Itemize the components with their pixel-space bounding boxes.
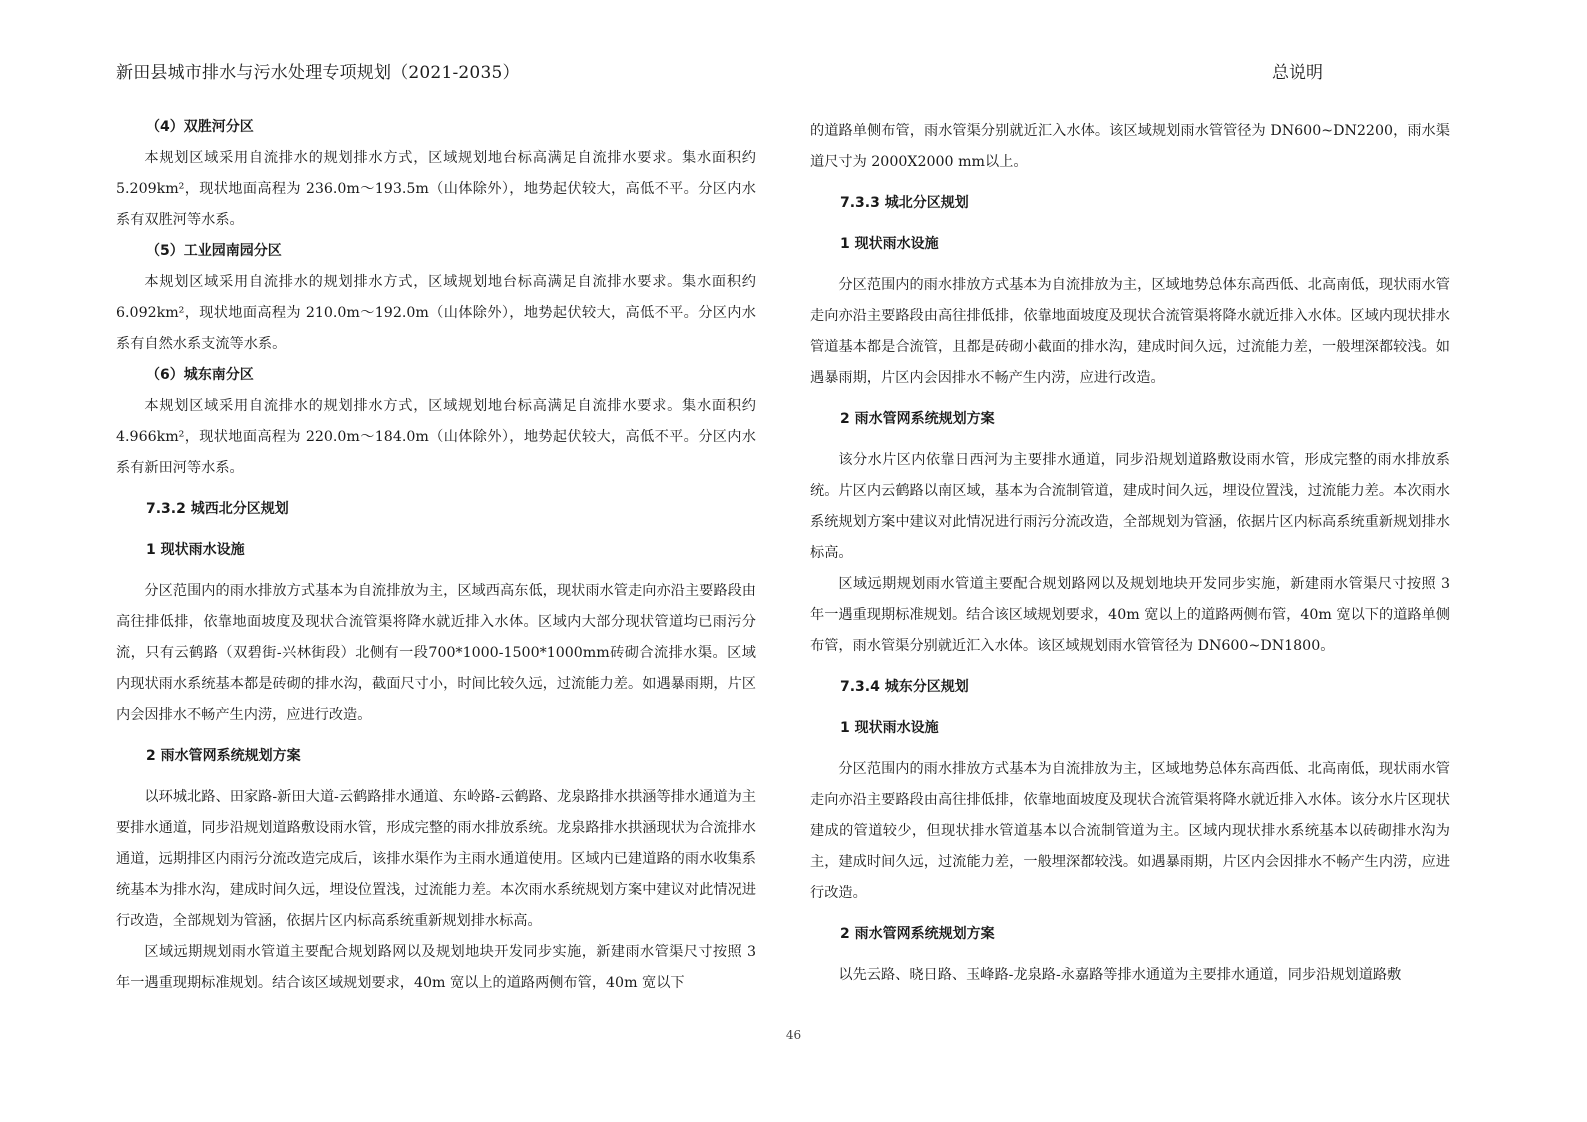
zone4-heading: （4）双胜河分区 — [116, 112, 756, 143]
section-732-paragraph-3: 区域远期规划雨水管道主要配合规划路网以及规划地块开发同步实施，新建雨水管渠尺寸按… — [116, 937, 756, 999]
section-732-heading: 7.3.2 城西北分区规划 — [116, 494, 756, 525]
section-732-sub1-heading: 1 现状雨水设施 — [116, 535, 756, 566]
zone5-heading: （5）工业园南园分区 — [116, 236, 756, 267]
document-title: 新田县城市排水与污水处理专项规划（2021-2035） — [116, 58, 520, 83]
zone4-paragraph: 本规划区域采用自流排水的规划排水方式，区域规划地台标高满足自流排水要求。集水面积… — [116, 143, 756, 236]
section-733-sub2-heading: 2 雨水管网系统规划方案 — [810, 404, 1450, 435]
page-number: 46 — [0, 1028, 1587, 1042]
zone6-heading: （6）城东南分区 — [116, 360, 756, 391]
section-732-paragraph-1: 分区范围内的雨水排放方式基本为自流排放为主，区域西高东低，现状雨水管走向亦沿主要… — [116, 576, 756, 731]
section-733-paragraph-2: 该分水片区内依靠日西河为主要排水通道，同步沿规划道路敷设雨水管，形成完整的雨水排… — [810, 445, 1450, 569]
section-734-sub2-heading: 2 雨水管网系统规划方案 — [810, 919, 1450, 950]
section-734-heading: 7.3.4 城东分区规划 — [810, 672, 1450, 703]
zone6-paragraph: 本规划区域采用自流排水的规划排水方式，区域规划地台标高满足自流排水要求。集水面积… — [116, 391, 756, 484]
section-733-sub1-heading: 1 现状雨水设施 — [810, 229, 1450, 260]
section-734-sub1-heading: 1 现状雨水设施 — [810, 713, 1450, 744]
left-column: （4）双胜河分区 本规划区域采用自流排水的规划排水方式，区域规划地台标高满足自流… — [116, 112, 756, 999]
section-733-paragraph-3: 区域远期规划雨水管道主要配合规划路网以及规划地块开发同步实施，新建雨水管渠尺寸按… — [810, 569, 1450, 662]
section-733-paragraph-1: 分区范围内的雨水排放方式基本为自流排放为主，区域地势总体东高西低、北高南低，现状… — [810, 270, 1450, 394]
right-column: 的道路单侧布管，雨水管渠分别就近汇入水体。该区域规划雨水管管径为 DN600~D… — [810, 116, 1450, 991]
section-734-paragraph-2: 以先云路、晓日路、玉峰路-龙泉路-永嘉路等排水通道为主要排水通道，同步沿规划道路… — [810, 960, 1450, 991]
continued-paragraph: 的道路单侧布管，雨水管渠分别就近汇入水体。该区域规划雨水管管径为 DN600~D… — [810, 116, 1450, 178]
section-732-paragraph-2: 以环城北路、田家路-新田大道-云鹤路排水通道、东岭路-云鹤路、龙泉路排水拱涵等排… — [116, 782, 756, 937]
section-734-paragraph-1: 分区范围内的雨水排放方式基本为自流排放为主，区域地势总体东高西低、北高南低，现状… — [810, 754, 1450, 909]
section-733-heading: 7.3.3 城北分区规划 — [810, 188, 1450, 219]
section-732-sub2-heading: 2 雨水管网系统规划方案 — [116, 741, 756, 772]
section-label: 总说明 — [1272, 58, 1323, 83]
zone5-paragraph: 本规划区域采用自流排水的规划排水方式，区域规划地台标高满足自流排水要求。集水面积… — [116, 267, 756, 360]
